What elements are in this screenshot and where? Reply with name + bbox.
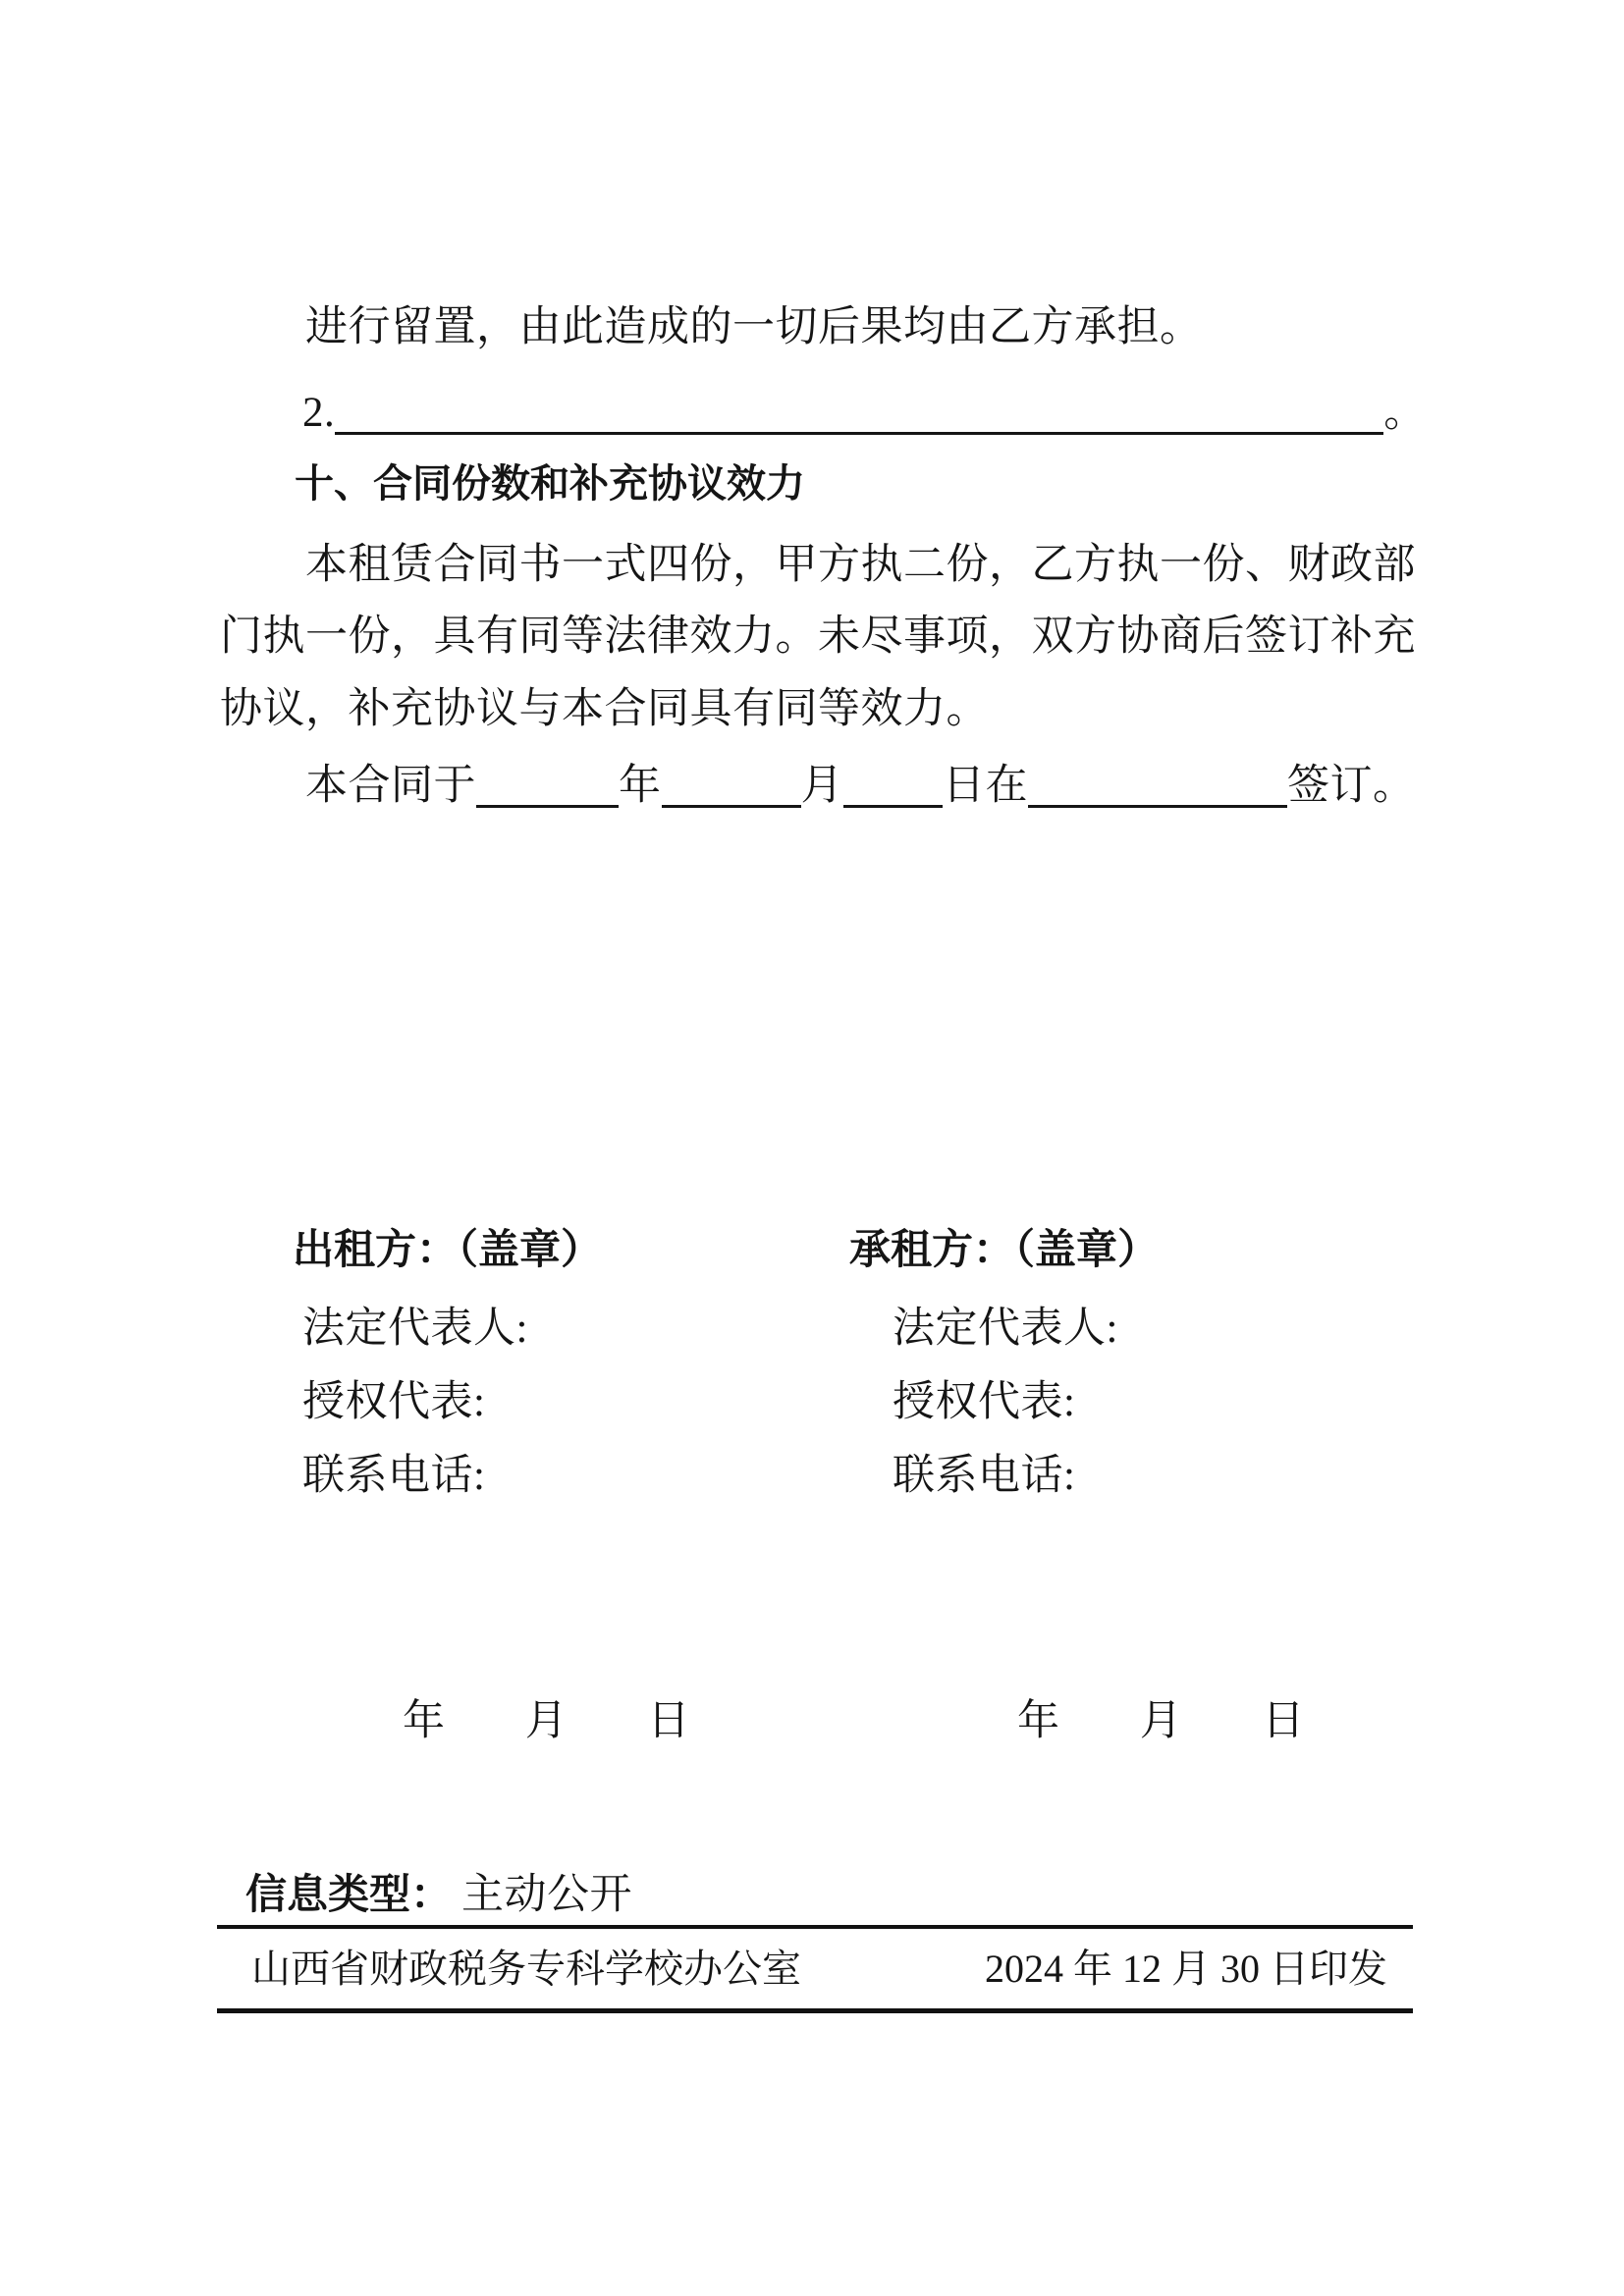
day-blank-line [843, 805, 943, 808]
lessor-date-row: 年 月 日 [403, 1700, 690, 1742]
day-char: 日 [648, 1700, 691, 1742]
year-unit: 年 [619, 763, 662, 809]
month-unit: 月 [801, 763, 844, 809]
month-char: 月 [525, 1700, 568, 1742]
lessor-legal-rep-label: 法定代表人: [302, 1308, 528, 1350]
day-at-unit: 日在 [943, 763, 1028, 809]
place-blank-line [1028, 805, 1287, 808]
lessee-phone-label: 联系电话: [893, 1455, 1075, 1497]
clause-continuation-text: 进行留置，由此造成的一切后果均由乙方承担。 [305, 306, 1203, 348]
lessee-auth-rep-label: 授权代表: [893, 1381, 1075, 1423]
item-2-number: 2. [302, 390, 335, 436]
item-2-blank-line [335, 432, 1383, 435]
lessee-legal-rep-label: 法定代表人: [893, 1308, 1118, 1350]
issue-date: 2024 年 12 月 30 日印发 [985, 1949, 1387, 1989]
day-char: 日 [1263, 1700, 1306, 1742]
info-type-row: 信息类型：主动公开 [245, 1874, 632, 1916]
section-heading: 十、合同份数和补充协议效力 [295, 464, 805, 504]
paragraph-line: 门执一份，具有同等法律效力。未尽事项，双方协商后签订补充 [220, 615, 1416, 658]
footer-rule-bottom [217, 2008, 1413, 2013]
signing-line-suffix: 签订。 [1287, 763, 1416, 809]
document-page: 进行留置，由此造成的一切后果均由乙方承担。 2.。 十、合同份数和补充协议效力 … [0, 0, 1624, 2296]
footer-issuer-row: 山西省财政税务专科学校办公室 2024 年 12 月 30 日印发 [217, 1949, 1413, 1989]
lessor-title: 出租方：（盖章） [293, 1229, 602, 1270]
paragraph-line: 协议，补充协议与本合同具有同等效力。 [220, 688, 989, 730]
info-type-value: 主动公开 [461, 1872, 632, 1918]
signing-line-prefix: 本合同于 [305, 763, 476, 809]
month-char: 月 [1140, 1700, 1183, 1742]
info-type-label: 信息类型： [245, 1871, 452, 1917]
lessor-phone-label: 联系电话: [302, 1455, 485, 1497]
paragraph-line: 本租赁合同书一式四份，甲方执二份，乙方执一份、财政部 [305, 544, 1416, 586]
lessee-title: 承租方：（盖章） [849, 1229, 1159, 1270]
footer-rule-top [217, 1925, 1413, 1929]
lessor-auth-rep-label: 授权代表: [302, 1381, 485, 1423]
year-char: 年 [403, 1700, 446, 1742]
item-2-period: 。 [1383, 390, 1427, 436]
item-2-row: 2.。 [302, 392, 1427, 434]
month-blank-line [662, 805, 801, 808]
year-blank-line [476, 805, 619, 808]
year-char: 年 [1017, 1700, 1060, 1742]
issuer-name: 山西省财政税务专科学校办公室 [251, 1949, 801, 1989]
contract-signing-line: 本合同于年月日在签订。 [305, 765, 1416, 807]
lessee-date-row: 年 月 日 [1017, 1700, 1305, 1742]
